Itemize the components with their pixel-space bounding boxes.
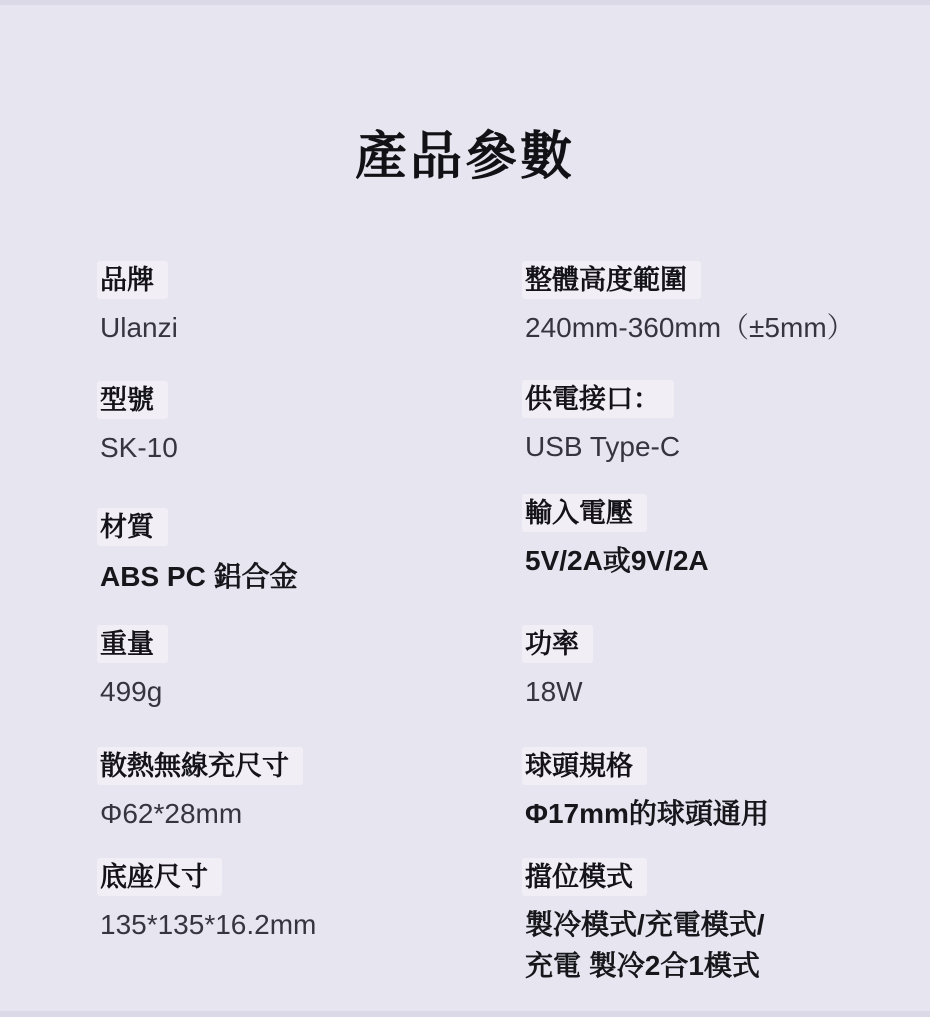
page-title: 產品參數 (0, 114, 930, 189)
bottom-edge-strip (0, 1011, 930, 1017)
spec-value: 499g (100, 672, 500, 713)
spec-label: 底座尺寸 (97, 858, 222, 896)
spec-label: 輸入電壓 (522, 494, 647, 532)
spec-label: 型號 (97, 381, 168, 419)
spec-value: USB Type-C (525, 427, 925, 468)
spec-value: SK-10 (100, 428, 500, 469)
spec-item-height-range: 整體高度範圍 240mm-360mm（±5mm） (525, 264, 925, 296)
product-spec-page: 產品參數 品牌 Ulanzi 型號 SK-10 材質 ABS PC 鋁合金 重量… (0, 0, 930, 1017)
spec-value: 135*135*16.2mm (100, 905, 500, 946)
top-edge-strip (0, 0, 930, 5)
spec-value: 5V/2A或9V/2A (525, 541, 925, 582)
spec-label: 供電接口： (522, 380, 674, 418)
spec-item-ballhead-spec: 球頭規格 Φ17mm的球頭通用 (525, 750, 925, 782)
spec-item-power-port: 供電接口： USB Type-C (525, 383, 925, 415)
spec-label: 整體高度範圍 (522, 261, 701, 299)
spec-item-cooler-size: 散熱無線充尺寸 Φ62*28mm (100, 750, 500, 782)
spec-value: Φ17mm的球頭通用 (525, 794, 925, 835)
spec-label: 重量 (97, 625, 168, 663)
spec-label: 功率 (522, 625, 593, 663)
spec-value: 製冷模式/充電模式/ 充電 製冷2合1模式 (525, 905, 925, 986)
spec-item-model: 型號 SK-10 (100, 384, 500, 416)
spec-item-gear-modes: 擋位模式 製冷模式/充電模式/ 充電 製冷2合1模式 (525, 861, 925, 893)
spec-label: 擋位模式 (522, 858, 647, 896)
spec-label: 散熱無線充尺寸 (97, 747, 303, 785)
spec-item-base-size: 底座尺寸 135*135*16.2mm (100, 861, 500, 893)
spec-value: 18W (525, 672, 925, 713)
spec-item-input-voltage: 輸入電壓 5V/2A或9V/2A (525, 497, 925, 529)
spec-label: 品牌 (97, 261, 168, 299)
spec-value: Φ62*28mm (100, 794, 500, 835)
spec-item-brand: 品牌 Ulanzi (100, 264, 500, 296)
spec-value: ABS PC 鋁合金 (100, 557, 500, 598)
spec-label: 材質 (97, 508, 168, 546)
spec-item-weight: 重量 499g (100, 628, 500, 660)
spec-item-power: 功率 18W (525, 628, 925, 660)
spec-value: 240mm-360mm（±5mm） (525, 308, 925, 349)
spec-item-material: 材質 ABS PC 鋁合金 (100, 511, 500, 543)
spec-label: 球頭規格 (522, 747, 647, 785)
spec-value: Ulanzi (100, 308, 500, 349)
